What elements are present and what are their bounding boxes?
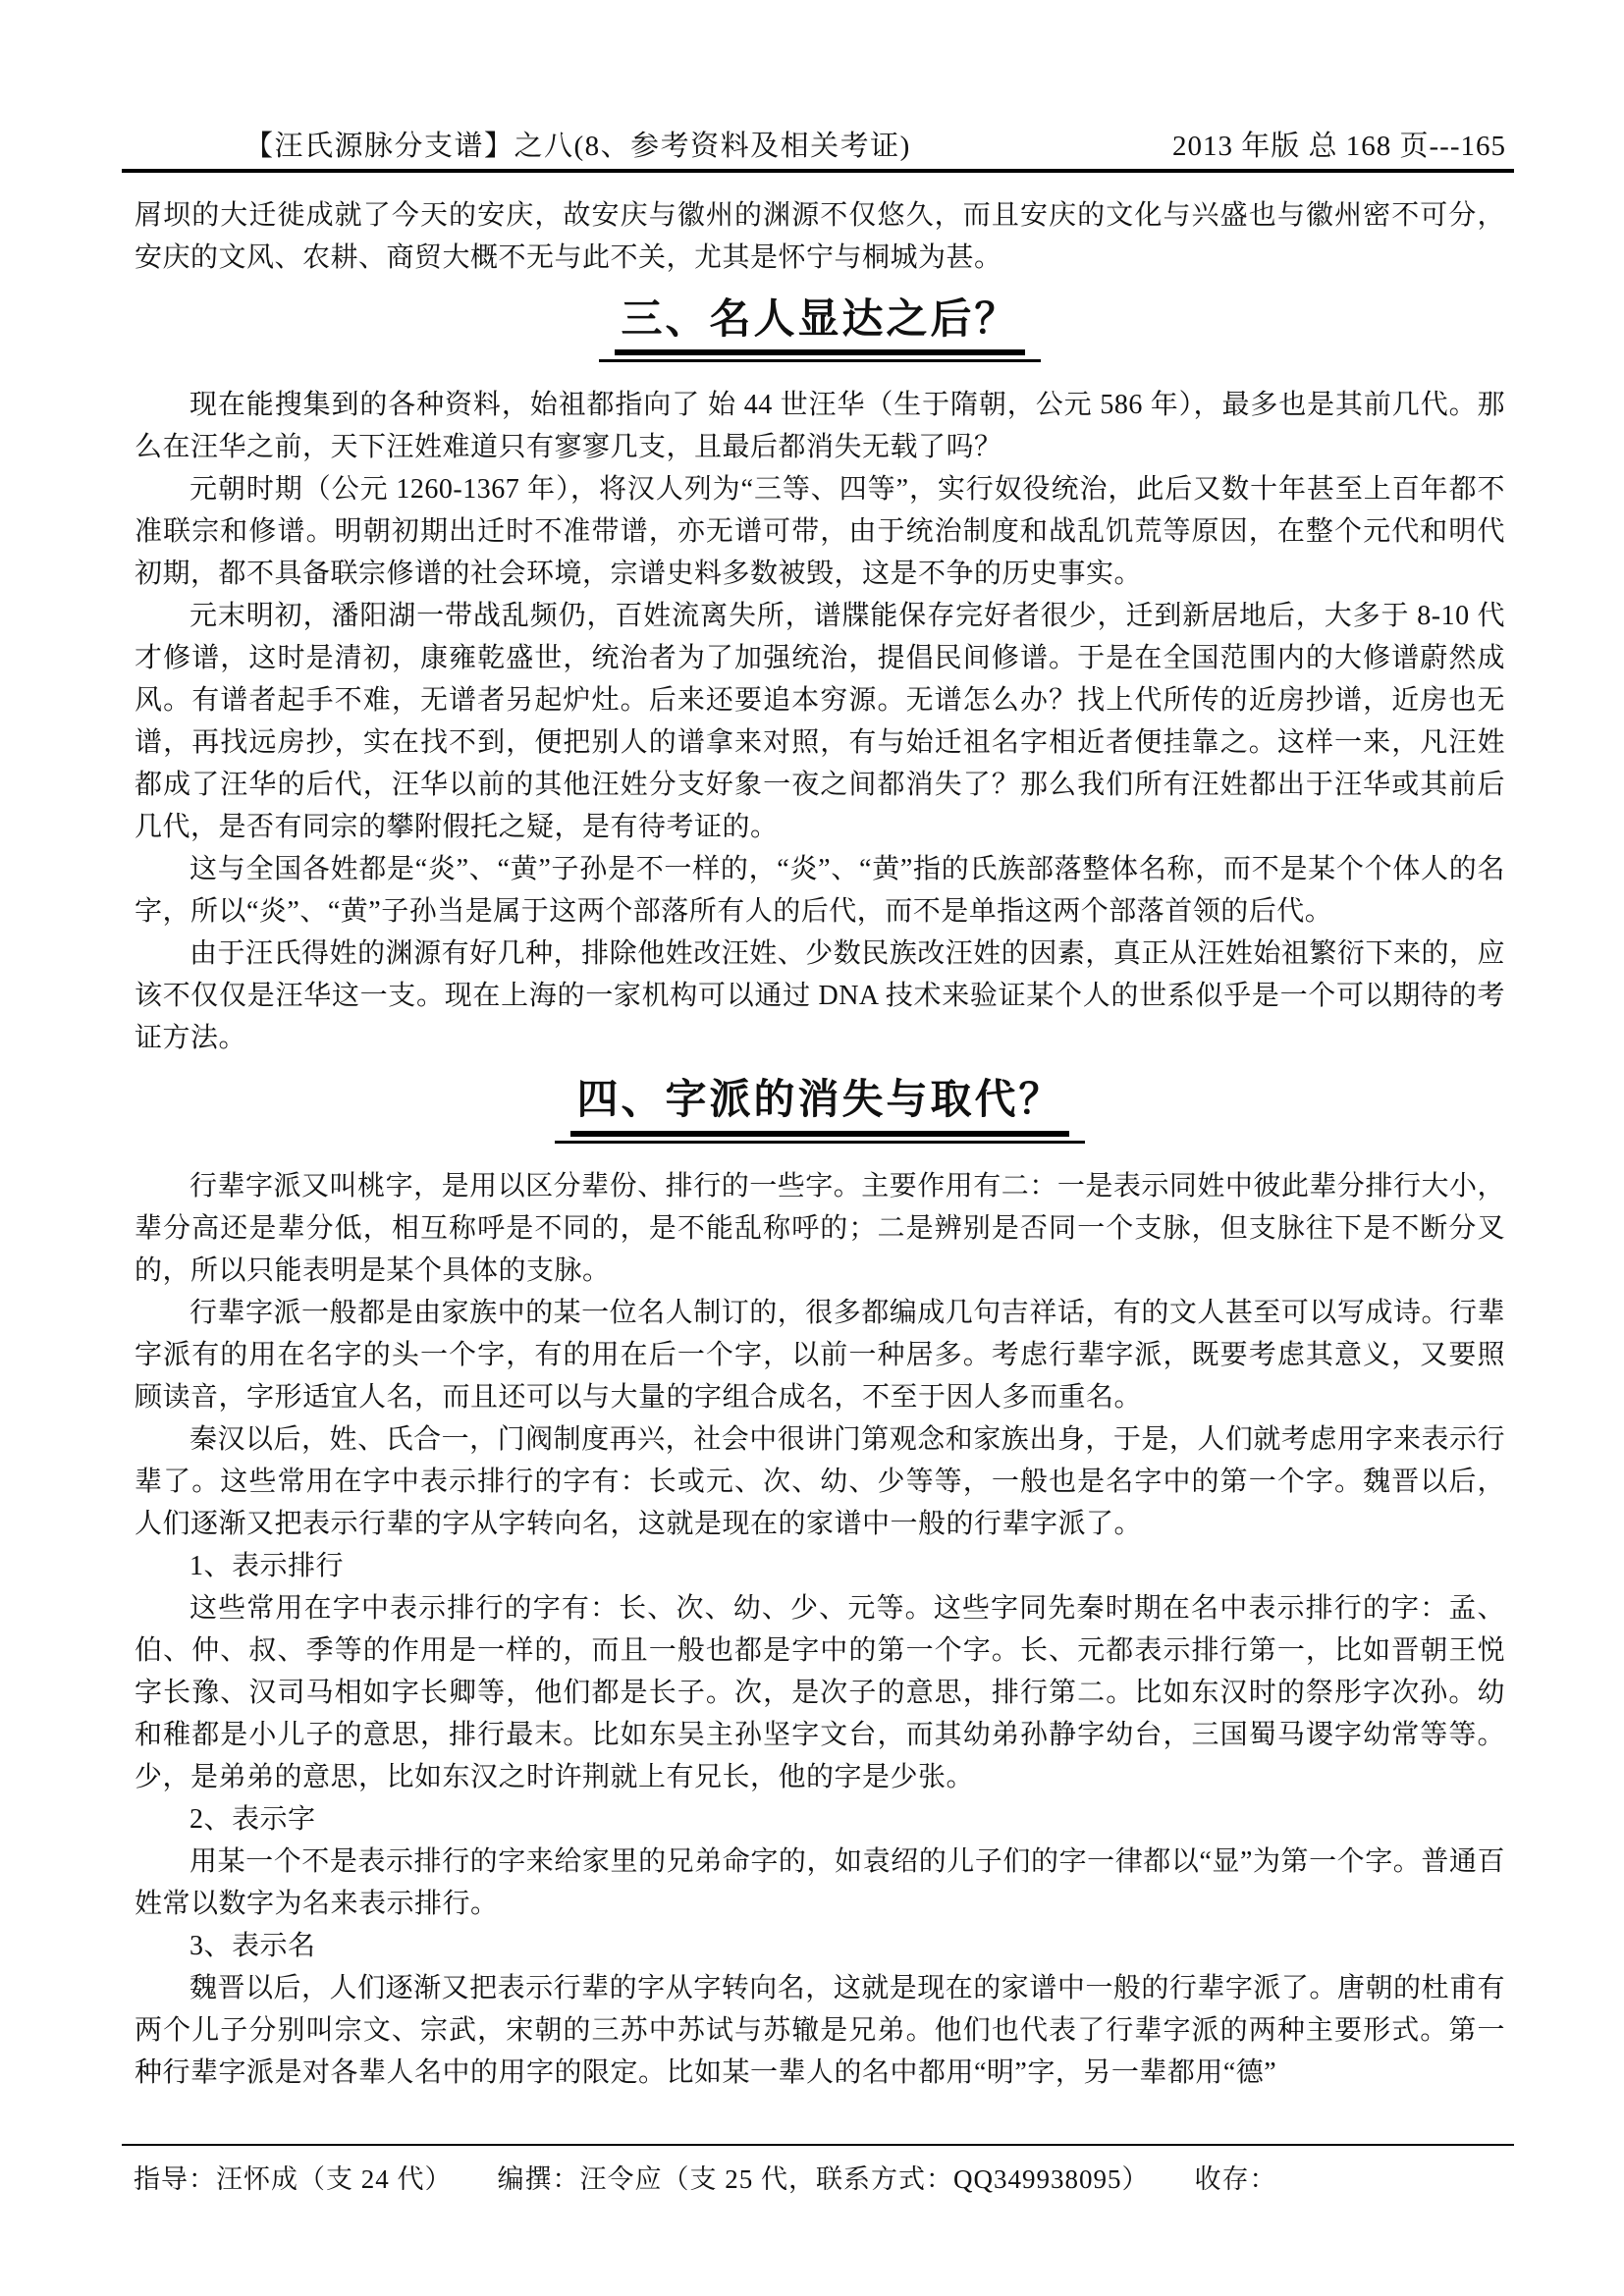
page-footer: 指导：汪怀成（支 24 代） 编撰：汪令应（支 25 代，联系方式：QQ3499… bbox=[122, 2144, 1514, 2196]
section-4-paragraph-4: 这些常用在字中表示排行的字有：长、次、幼、少、元等。这些字同先秦时期在名中表示排… bbox=[135, 1587, 1505, 1798]
section-3-heading: 三、名人显达之后？ bbox=[135, 296, 1505, 362]
document-body: 屑坝的大迁徙成就了今天的安庆，故安庆与徽州的渊源不仅悠久，而且安庆的文化与兴盛也… bbox=[135, 194, 1505, 2094]
section-4-paragraph-1: 行辈字派又叫桃字，是用以区分辈份、排行的一些字。主要作用有二：一是表示同姓中彼此… bbox=[135, 1165, 1505, 1292]
intro-paragraph: 屑坝的大迁徙成就了今天的安庆，故安庆与徽州的渊源不仅悠久，而且安庆的文化与兴盛也… bbox=[135, 194, 1505, 279]
section-4-paragraph-5: 用某一个不是表示排行的字来给家里的兄弟命字的，如袁绍的儿子们的字一律都以“显”为… bbox=[135, 1841, 1505, 1925]
header-page-info: 2013 年版 总 168 页---165 bbox=[1172, 124, 1506, 164]
section-4-subheading-1: 1、表示排行 bbox=[135, 1545, 1505, 1587]
section-4-paragraph-6: 魏晋以后，人们逐渐又把表示行辈的字从字转向名，这就是现在的家谱中一般的行辈字派了… bbox=[135, 1967, 1505, 2094]
footer-divider bbox=[122, 2144, 1514, 2146]
footer-editor: 编撰：汪令应（支 25 代，联系方式：QQ349938095） bbox=[498, 2158, 1150, 2196]
section-4-subheading-2: 2、表示字 bbox=[135, 1798, 1505, 1841]
footer-credits: 指导：汪怀成（支 24 代） 编撰：汪令应（支 25 代，联系方式：QQ3499… bbox=[122, 2158, 1514, 2196]
section-3-heading-text: 三、名人显达之后？ bbox=[615, 296, 1024, 355]
page-header: 【汪氏源脉分支谱】之八(8、参考资料及相关考证) 2013 年版 总 168 页… bbox=[135, 124, 1506, 164]
section-3-paragraph-2: 元朝时期（公元 1260-1367 年），将汉人列为“三等、四等”，实行奴役统治… bbox=[135, 468, 1505, 595]
section-3-paragraph-5: 由于汪氏得姓的渊源有好几种，排除他姓改汪姓、少数民族改汪姓的因素，真正从汪姓始祖… bbox=[135, 933, 1505, 1059]
section-4-paragraph-2: 行辈字派一般都是由家族中的某一位名人制订的，很多都编成几句吉祥话，有的文人甚至可… bbox=[135, 1292, 1505, 1418]
section-4-heading-underline: 四、字派的消失与取代？ bbox=[555, 1077, 1084, 1143]
section-4-heading: 四、字派的消失与取代？ bbox=[135, 1077, 1505, 1143]
section-3-paragraph-1: 现在能搜集到的各种资料，始祖都指向了 始 44 世汪华（生于隋朝，公元 586 … bbox=[135, 384, 1505, 468]
section-4-heading-text: 四、字派的消失与取代？ bbox=[570, 1077, 1068, 1136]
header-divider bbox=[122, 169, 1514, 173]
section-3-paragraph-4: 这与全国各姓都是“炎”、“黄”子孙是不一样的，“炎”、“黄”指的氏族部落整体名称… bbox=[135, 848, 1505, 933]
footer-mentor: 指导：汪怀成（支 24 代） bbox=[134, 2158, 453, 2196]
section-4-paragraph-3: 秦汉以后，姓、氏合一，门阀制度再兴，社会中很讲门第观念和家族出身，于是，人们就考… bbox=[135, 1418, 1505, 1545]
section-3-heading-underline: 三、名人显达之后？ bbox=[599, 296, 1040, 362]
document-page: 【汪氏源脉分支谱】之八(8、参考资料及相关考证) 2013 年版 总 168 页… bbox=[0, 0, 1624, 2296]
footer-keeper: 收存： bbox=[1195, 2158, 1277, 2196]
section-4-subheading-3: 3、表示名 bbox=[135, 1925, 1505, 1967]
header-title: 【汪氏源脉分支谱】之八(8、参考资料及相关考证) bbox=[244, 124, 911, 164]
section-3-paragraph-3: 元末明初，潘阳湖一带战乱频仍，百姓流离失所，谱牒能保存完好者很少，迁到新居地后，… bbox=[135, 595, 1505, 848]
